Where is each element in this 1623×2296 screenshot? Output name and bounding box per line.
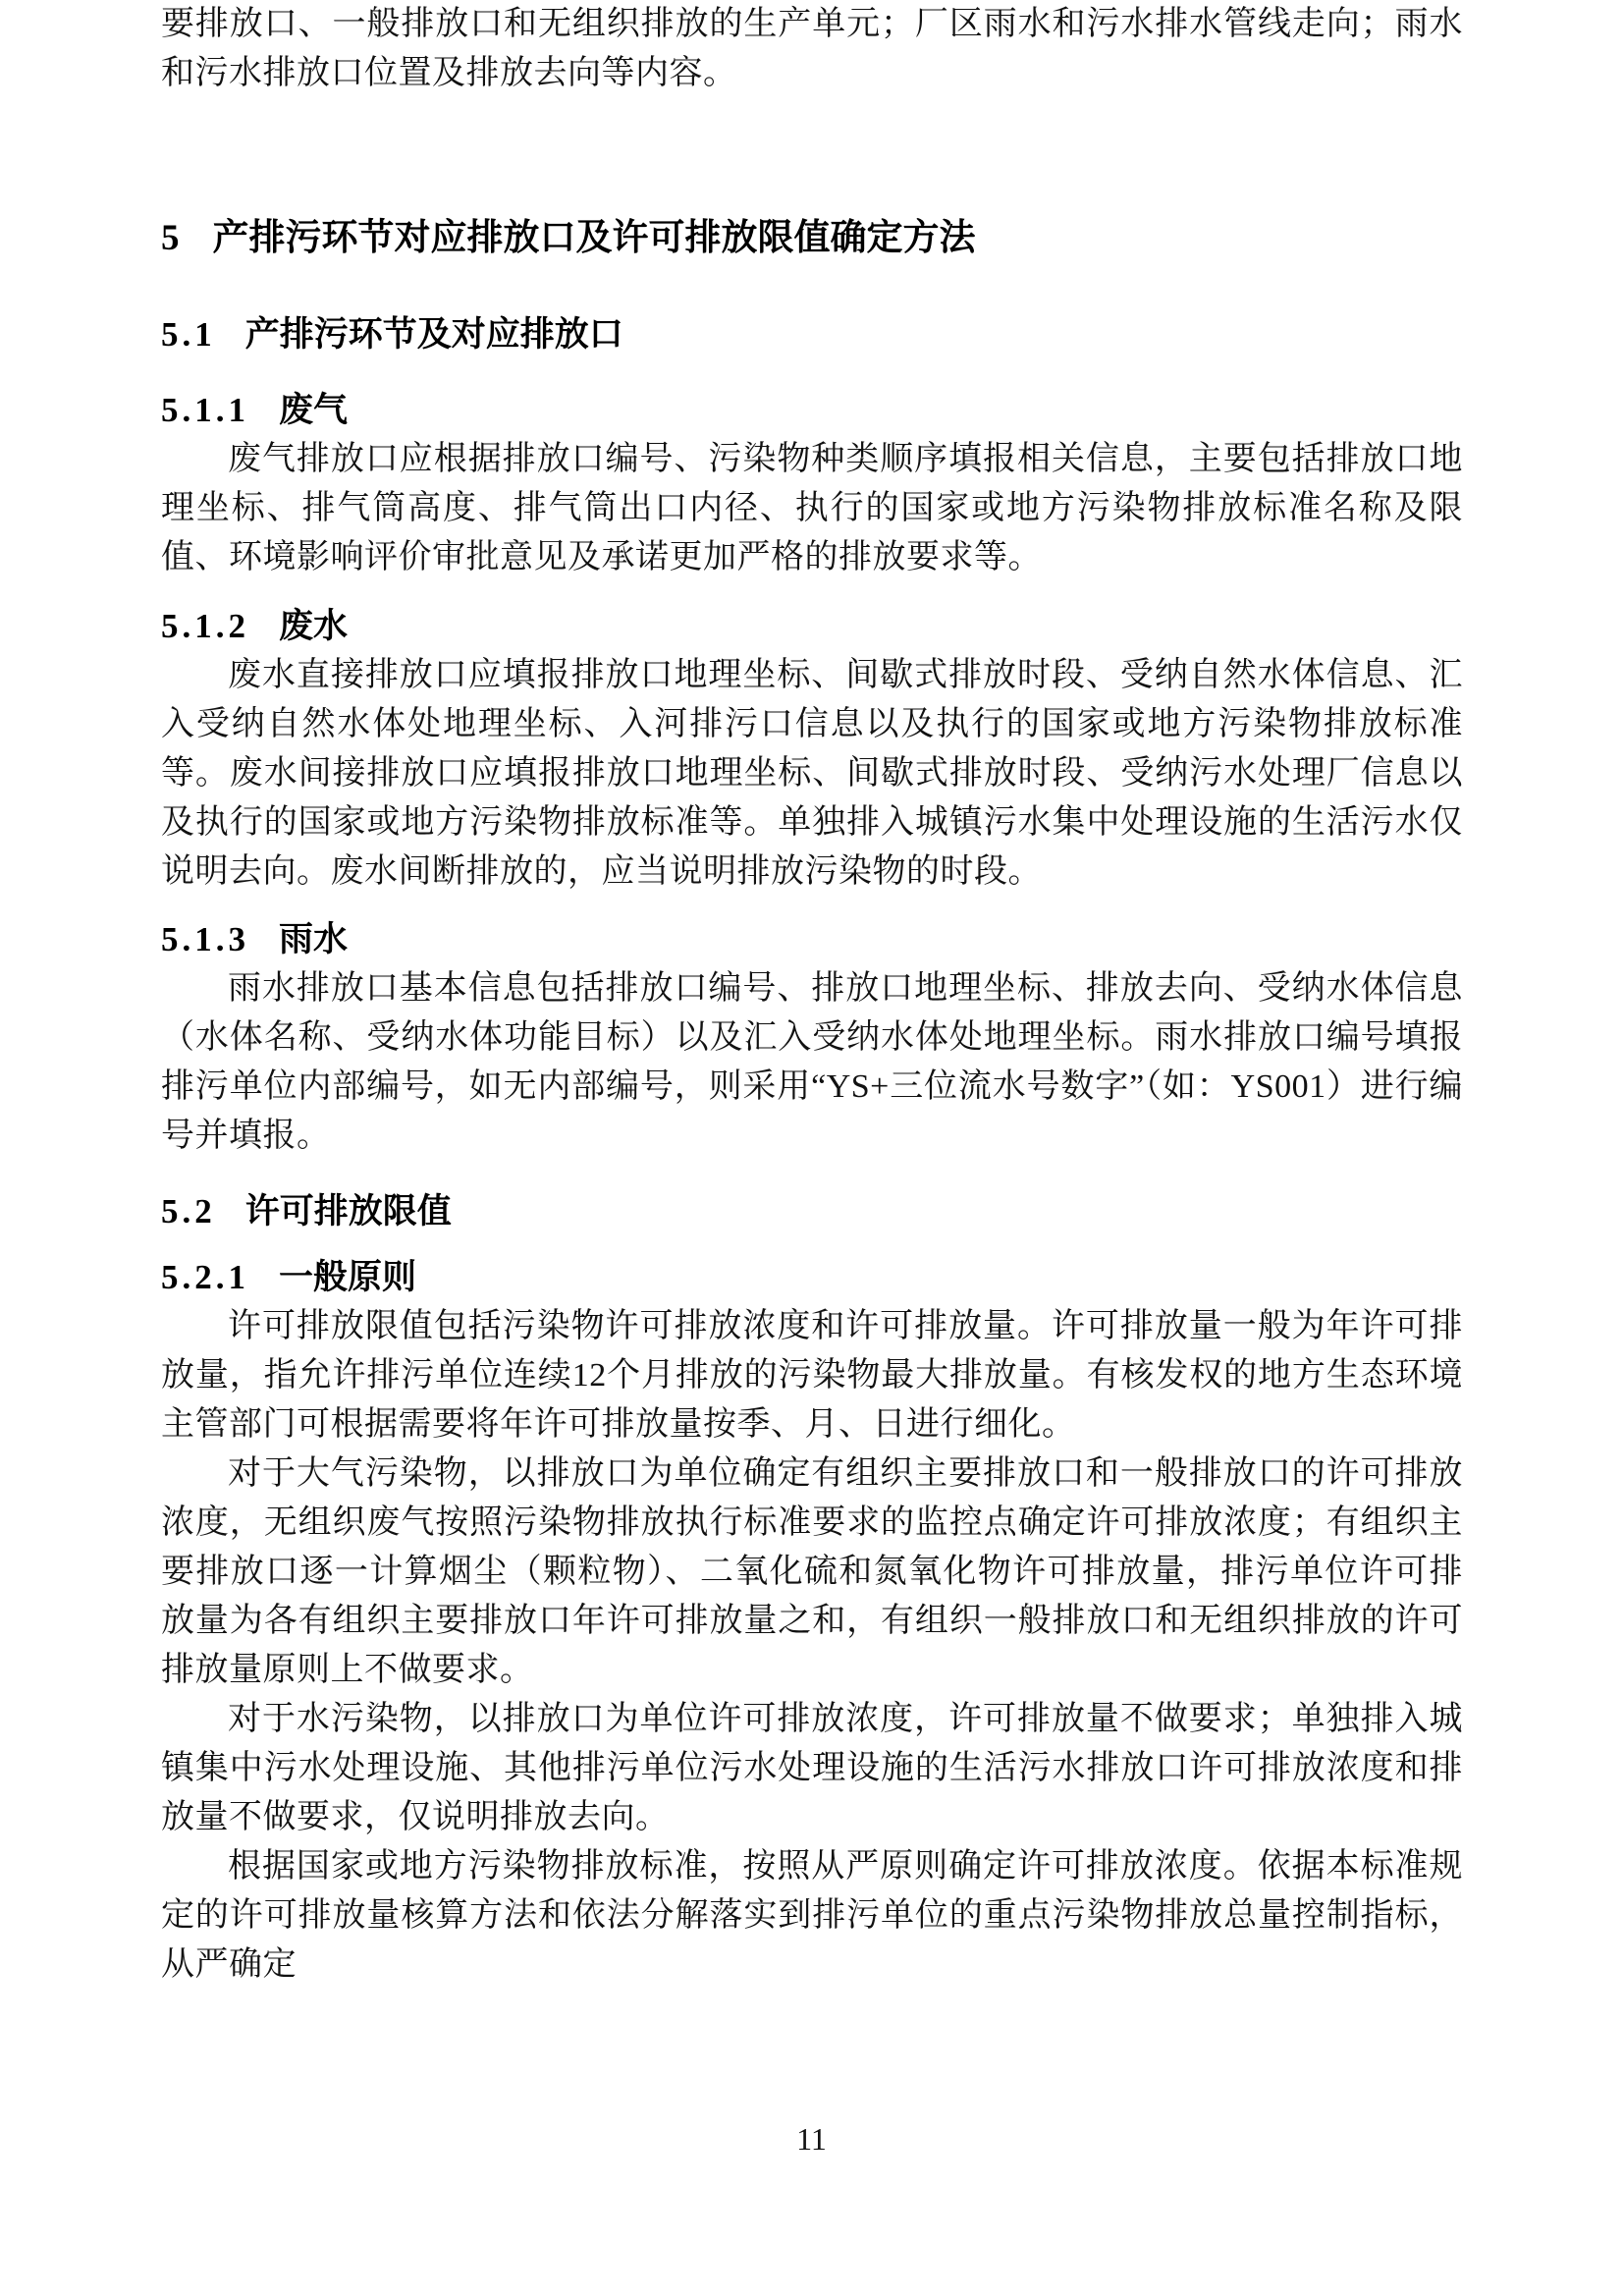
- heading-number: 5.1.2: [161, 602, 249, 651]
- heading-number: 5.1: [161, 310, 216, 359]
- heading-number: 5.2.1: [161, 1253, 249, 1302]
- heading-title: 一般原则: [279, 1253, 416, 1302]
- heading-title: 雨水: [279, 915, 348, 964]
- paragraph-general-principle-3: 对于水污染物，以排放口为单位许可排放浓度，许可排放量不做要求；单独排入城镇集中污…: [161, 1695, 1463, 1842]
- heading-number: 5.2: [161, 1187, 216, 1236]
- heading-title: 产排污环节及对应排放口: [245, 310, 623, 359]
- heading-section-5-1-1: 5.1.1 废气: [161, 386, 1463, 435]
- heading-section-5-2: 5.2 许可排放限值: [161, 1187, 1463, 1236]
- heading-section-5: 5 产排污环节对应排放口及许可排放限值确定方法: [161, 213, 1463, 263]
- heading-number: 5.1.1: [161, 386, 249, 435]
- paragraph-waste-water: 废水直接排放口应填报排放口地理坐标、间歇式排放时段、受纳自然水体信息、汇入受纳自…: [161, 651, 1463, 897]
- heading-title: 废水: [279, 602, 348, 651]
- document-content: 要排放口、一般排放口和无组织排放的生产单元；厂区雨水和污水排水管线走向；雨水和污…: [161, 0, 1463, 1990]
- paragraph-intro-continuation: 要排放口、一般排放口和无组织排放的生产单元；厂区雨水和污水排水管线走向；雨水和污…: [161, 0, 1463, 98]
- heading-number: 5.1.3: [161, 915, 249, 964]
- page-number: 11: [0, 2117, 1623, 2160]
- paragraph-waste-gas: 废气排放口应根据排放口编号、污染物种类顺序填报相关信息，主要包括排放口地理坐标、…: [161, 435, 1463, 582]
- heading-section-5-2-1: 5.2.1 一般原则: [161, 1253, 1463, 1302]
- paragraph-general-principle-2: 对于大气污染物，以排放口为单位确定有组织主要排放口和一般排放口的许可排放浓度，无…: [161, 1449, 1463, 1695]
- heading-section-5-1-3: 5.1.3 雨水: [161, 915, 1463, 964]
- heading-number: 5: [161, 214, 184, 263]
- heading-section-5-1-2: 5.1.2 废水: [161, 602, 1463, 651]
- heading-title: 废气: [279, 386, 348, 435]
- paragraph-rain-water: 雨水排放口基本信息包括排放口编号、排放口地理坐标、排放去向、受纳水体信息（水体名…: [161, 964, 1463, 1161]
- heading-title: 产排污环节对应排放口及许可排放限值确定方法: [213, 213, 976, 262]
- heading-title: 许可排放限值: [245, 1187, 452, 1236]
- document-page: 要排放口、一般排放口和无组织排放的生产单元；厂区雨水和污水排水管线走向；雨水和污…: [0, 0, 1623, 2296]
- paragraph-general-principle-1: 许可排放限值包括污染物许可排放浓度和许可排放量。许可排放量一般为年许可排放量，指…: [161, 1302, 1463, 1449]
- paragraph-general-principle-4: 根据国家或地方污染物排放标准，按照从严原则确定许可排放浓度。依据本标准规定的许可…: [161, 1842, 1463, 1990]
- heading-section-5-1: 5.1 产排污环节及对应排放口: [161, 310, 1463, 359]
